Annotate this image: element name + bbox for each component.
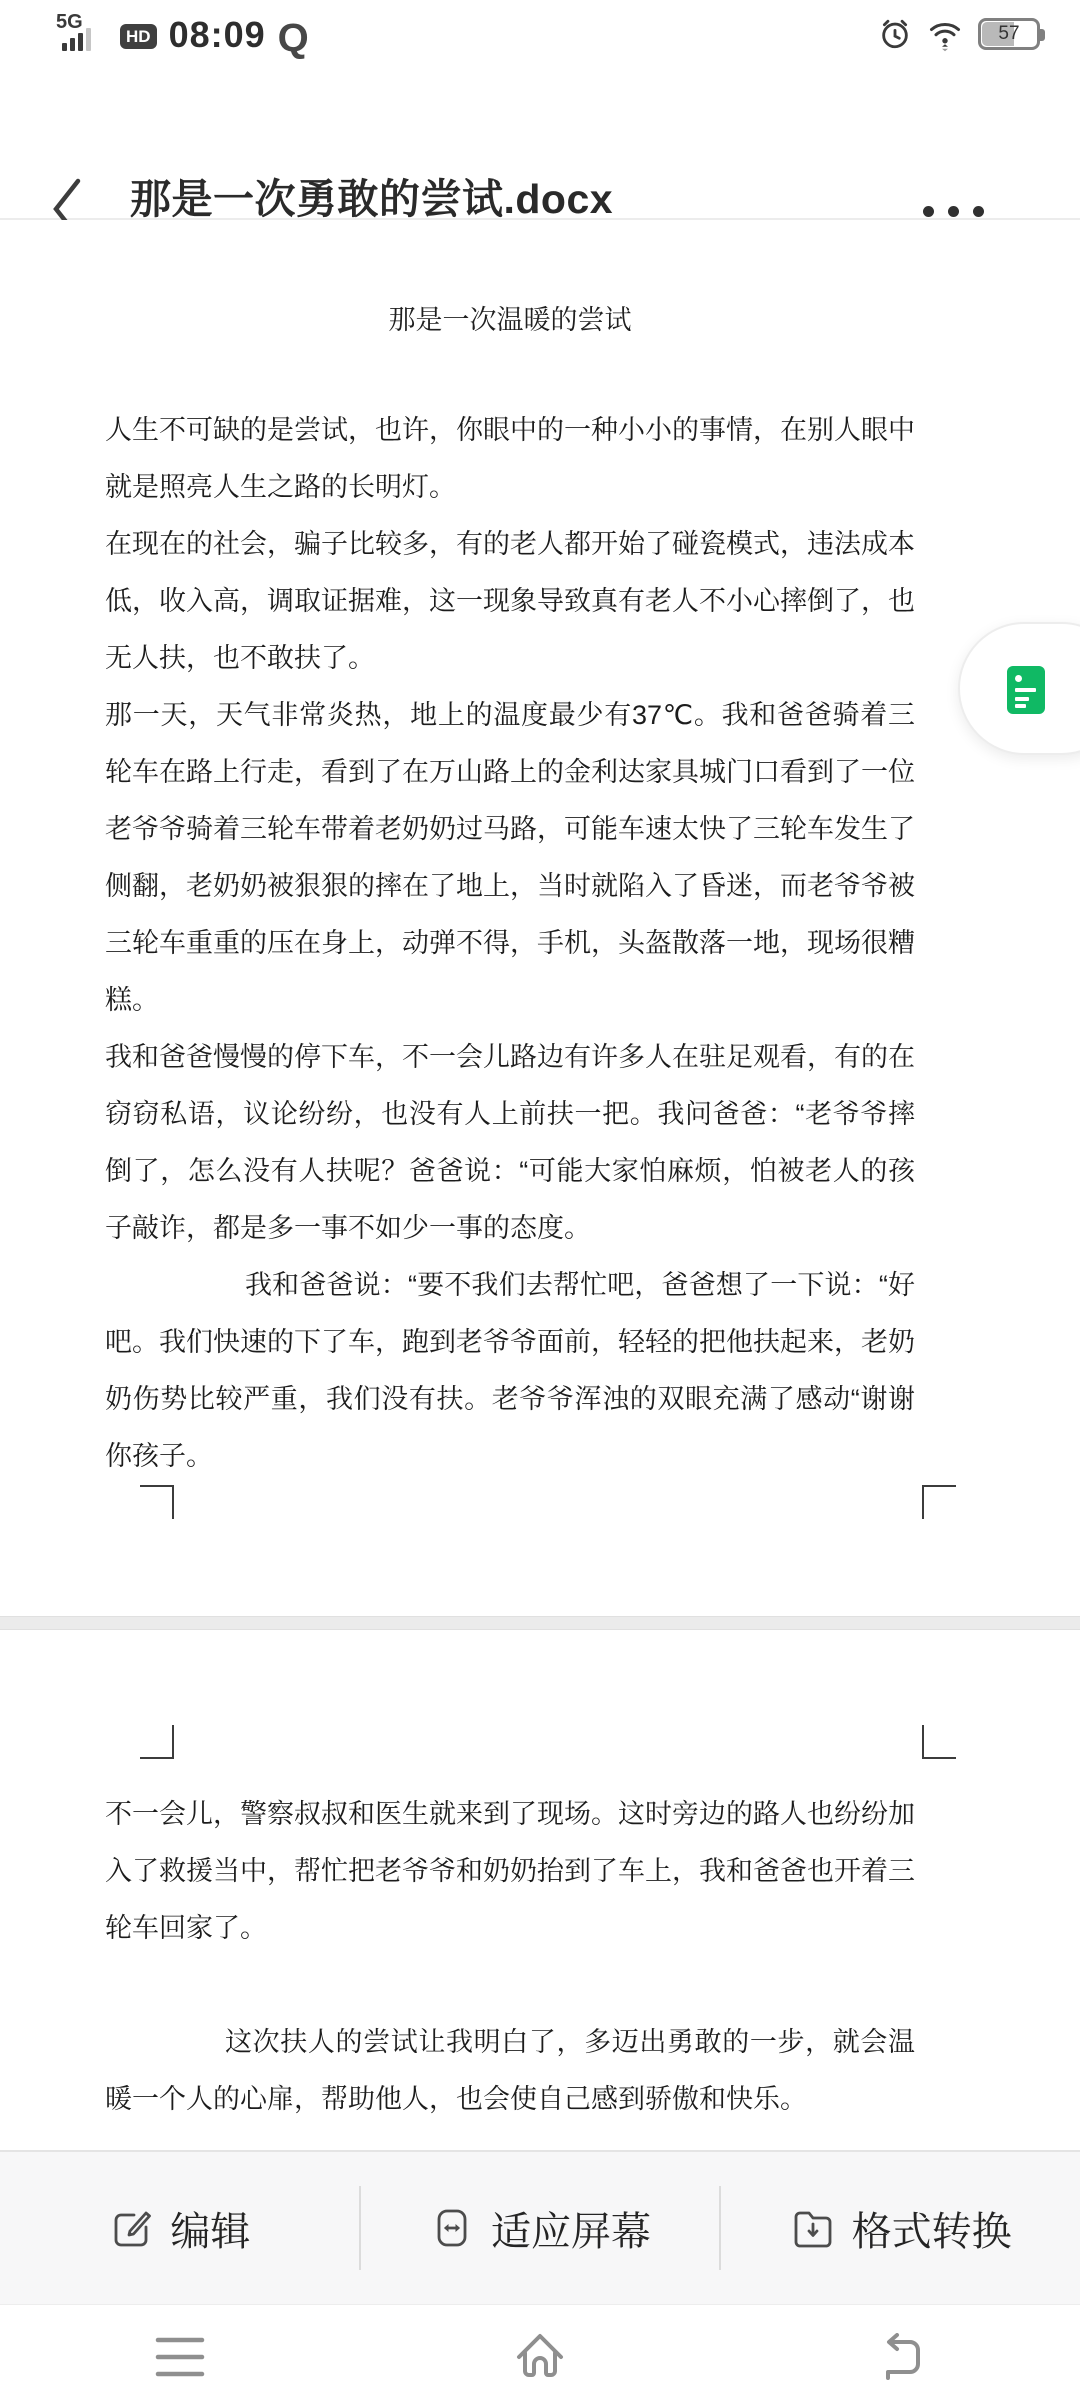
more-options-icon[interactable] [923, 206, 984, 217]
floating-doc-shortcut[interactable] [958, 622, 1080, 755]
corner-mark-icon [140, 1725, 174, 1759]
document-page-2: 不一会儿，警察叔叔和医生就来到了现场。这时旁边的路人也纷纷加入了救援当中，帮忙把… [0, 1630, 1080, 2150]
paragraph: 不一会儿，警察叔叔和医生就来到了现场。这时旁边的路人也纷纷加入了救援当中，帮忙把… [105, 1786, 915, 1957]
corner-mark-icon [922, 1485, 956, 1519]
paragraph: 我和爸爸说：“要不我们去帮忙吧，爸爸想了一下说：“好吧。我们快速的下了车，跑到老… [105, 1257, 915, 1485]
qq-browser-logo-icon: Q [278, 18, 309, 58]
essay-title: 那是一次温暖的尝试 [105, 292, 915, 349]
document-page-1: 那是一次温暖的尝试 人生不可缺的是尝试，也许，你眼中的一种小小的事情，在别人眼中… [0, 220, 1080, 1616]
status-bar: 5G HD 08:09 Q 57 [0, 0, 1080, 62]
android-nav-bar [0, 2304, 1080, 2408]
battery-percent: 57 [981, 21, 1037, 47]
status-time: 08:09 [169, 14, 266, 56]
phone-screen: { "status_bar": { "network": "5G", "hd_b… [0, 0, 1080, 2408]
edit-pencil-icon [108, 2205, 154, 2251]
edit-button[interactable]: 编辑 [0, 2200, 359, 2257]
home-icon [513, 2332, 567, 2382]
file-name-title: 那是一次勇敢的尝试.docx [130, 166, 613, 225]
battery-icon: 57 [978, 18, 1040, 50]
format-convert-button[interactable]: 格式转换 [721, 2200, 1080, 2257]
page-separator [0, 1616, 1080, 1630]
back-return-icon [874, 2333, 926, 2381]
fit-screen-label: 适应屏幕 [491, 2200, 651, 2257]
essay-body-page1: 人生不可缺的是尝试，也许，你眼中的一种小小的事情，在别人眼中就是照亮人生之路的长… [0, 402, 1080, 1485]
format-convert-label: 格式转换 [852, 2200, 1012, 2257]
folder-convert-icon [790, 2205, 836, 2251]
back-button[interactable] [720, 2333, 1080, 2381]
essay-body-page2: 不一会儿，警察叔叔和医生就来到了现场。这时旁边的路人也纷纷加入了救援当中，帮忙把… [0, 1786, 1080, 2128]
paragraph: 那一天，天气非常炎热，地上的温度最少有37℃。我和爸爸骑着三轮车在路上行走，看到… [105, 687, 915, 1029]
recents-button[interactable] [0, 2336, 360, 2378]
fit-width-icon [429, 2205, 475, 2251]
file-viewer-header: 那是一次勇敢的尝试.docx QQ浏览器文件服务 [0, 62, 1080, 220]
paragraph: 在现在的社会，骗子比较多，有的老人都开始了碰瓷模式，违法成本低，收入高，调取证据… [105, 516, 915, 687]
paragraph: 这次扶人的尝试让我明白了，多迈出勇敢的一步，就会温暖一个人的心扉，帮助他人，也会… [105, 2014, 915, 2128]
corner-mark-icon [140, 1485, 174, 1519]
signal-bars-icon [62, 28, 91, 51]
green-doc-icon[interactable] [1007, 666, 1045, 714]
signal-strength-icon: 5G [56, 14, 108, 54]
corner-mark-icon [922, 1725, 956, 1759]
home-button[interactable] [360, 2332, 720, 2382]
paragraph: 人生不可缺的是尝试，也许，你眼中的一种小小的事情，在别人眼中就是照亮人生之路的长… [105, 402, 915, 516]
bottom-toolbar: 编辑 适应屏幕 格式转换 [0, 2150, 1080, 2304]
alarm-icon [878, 17, 912, 51]
paragraph: 我和爸爸慢慢的停下车，不一会儿路边有许多人在驻足观看，有的在窃窃私语，议论纷纷，… [105, 1029, 915, 1257]
menu-hamburger-icon [155, 2336, 205, 2378]
fit-screen-button[interactable]: 适应屏幕 [361, 2200, 720, 2257]
edit-label: 编辑 [170, 2200, 250, 2257]
wifi-icon [926, 16, 964, 52]
page1-corner-marks [0, 1485, 1080, 1521]
hd-badge-icon: HD [120, 24, 157, 49]
page2-corner-marks [0, 1725, 1080, 1761]
